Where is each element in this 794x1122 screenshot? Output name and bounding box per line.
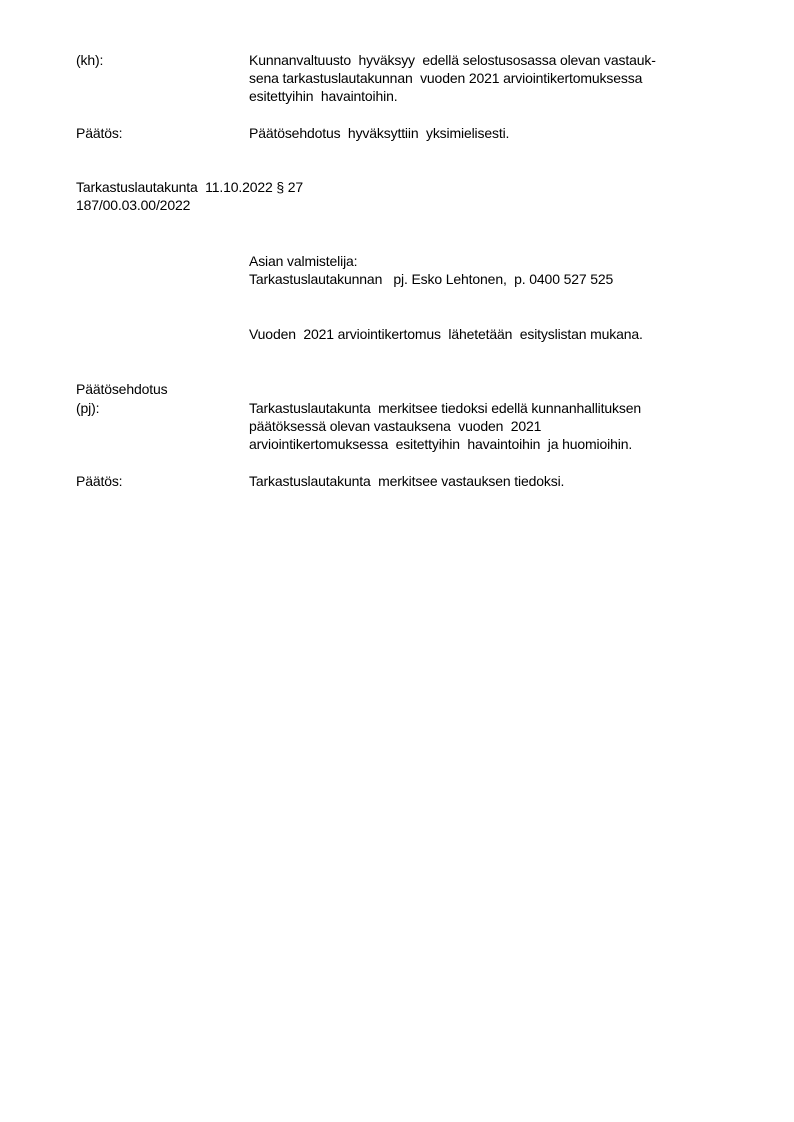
attachment-note: Vuoden 2021 arviointikertomus lähetetään… bbox=[249, 325, 643, 343]
paragraph-line: Kunnanvaltuusto hyväksyy edellä selostus… bbox=[249, 51, 656, 69]
proposal-label-pj: (pj): bbox=[76, 399, 99, 417]
final-decision-label: Päätös: bbox=[76, 472, 122, 490]
preparer-name: Tarkastuslautakunnan pj. Esko Lehtonen, … bbox=[249, 270, 613, 288]
paragraph-line: sena tarkastuslautakunnan vuoden 2021 ar… bbox=[249, 69, 642, 87]
paragraph-line: esitettyihin havaintoihin. bbox=[249, 87, 398, 105]
paragraph-line: päätöksessä olevan vastauksena vuoden 20… bbox=[249, 417, 541, 435]
decision-text: Päätösehdotus hyväksyttiin yksimielisest… bbox=[249, 124, 509, 142]
proposal-label: Päätösehdotus bbox=[76, 380, 167, 398]
case-number: 187/00.03.00/2022 bbox=[76, 196, 190, 214]
paragraph-line: Tarkastuslautakunta merkitsee tiedoksi e… bbox=[249, 399, 641, 417]
preparer-title: Asian valmistelija: bbox=[249, 252, 357, 270]
section-label-kh: (kh): bbox=[76, 51, 103, 69]
decision-label: Päätös: bbox=[76, 124, 122, 142]
final-decision-text: Tarkastuslautakunta merkitsee vastauksen… bbox=[249, 472, 564, 490]
meeting-header: Tarkastuslautakunta 11.10.2022 § 27 bbox=[76, 178, 303, 196]
paragraph-line: arviointikertomuksessa esitettyihin hava… bbox=[249, 435, 632, 453]
